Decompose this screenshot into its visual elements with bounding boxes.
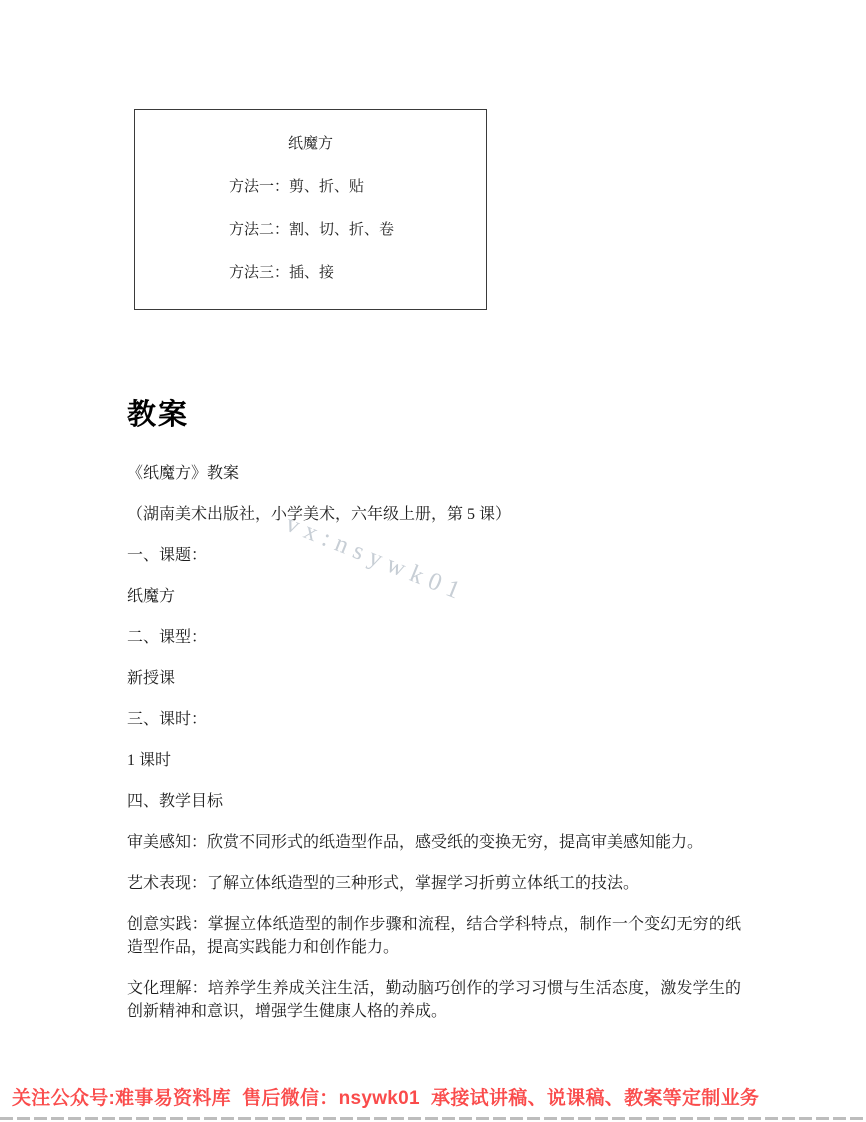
paragraph-period-label: 三、课时：: [127, 708, 741, 731]
paragraph-lesson-type-value: 新授课: [127, 667, 741, 690]
paragraph-publisher: （湖南美术出版社，小学美术，六年级上册，第 5 课）: [127, 503, 741, 526]
page-title: 教案: [127, 398, 189, 432]
paragraph-lesson-title: 《纸魔方》教案: [127, 462, 741, 485]
diagram-method-3: 方法三：插、接: [229, 265, 486, 281]
paragraph-goal-expression: 艺术表现：了解立体纸造型的三种形式，掌握学习折剪立体纸工的技法。: [127, 872, 741, 895]
paragraph-topic-value: 纸魔方: [127, 585, 741, 608]
paragraph-goal-culture: 文化理解：培养学生养成关注生活，勤动脑巧创作的学习习惯与生活态度，激发学生的创新…: [127, 977, 741, 1023]
diagram-title: 纸魔方: [135, 136, 486, 152]
diagram-method-1: 方法一：剪、折、贴: [229, 179, 486, 195]
paragraph-goal-aesthetic: 审美感知：欣赏不同形式的纸造型作品，感受纸的变换无穷，提高审美感知能力。: [127, 831, 741, 854]
paragraph-period-value: 1 课时: [127, 749, 741, 772]
paper-cube-diagram-box: 纸魔方 方法一：剪、折、贴 方法二：割、切、折、卷 方法三：插、接: [134, 109, 487, 310]
paragraph-topic-label: 一、课题：: [127, 544, 741, 567]
document-body: 《纸魔方》教案 （湖南美术出版社，小学美术，六年级上册，第 5 课） 一、课题：…: [127, 462, 741, 1041]
promo-footer-banner: 关注公众号:难事易资料库 售后微信：nsywk01 承接试讲稿、说课稿、教案等定…: [0, 1085, 866, 1115]
bottom-dashed-line: [0, 1117, 866, 1120]
promo-footer-text: 关注公众号:难事易资料库 售后微信：nsywk01 承接试讲稿、说课稿、教案等定…: [0, 1085, 866, 1113]
paragraph-goals-heading: 四、教学目标: [127, 790, 741, 813]
diagram-method-2: 方法二：割、切、折、卷: [229, 222, 486, 238]
document-page: 纸魔方 方法一：剪、折、贴 方法二：割、切、折、卷 方法三：插、接 vx:nsy…: [0, 0, 866, 1122]
paragraph-lesson-type-label: 二、课型：: [127, 626, 741, 649]
paragraph-goal-practice: 创意实践：掌握立体纸造型的制作步骤和流程，结合学科特点，制作一个变幻无穷的纸造型…: [127, 913, 741, 959]
